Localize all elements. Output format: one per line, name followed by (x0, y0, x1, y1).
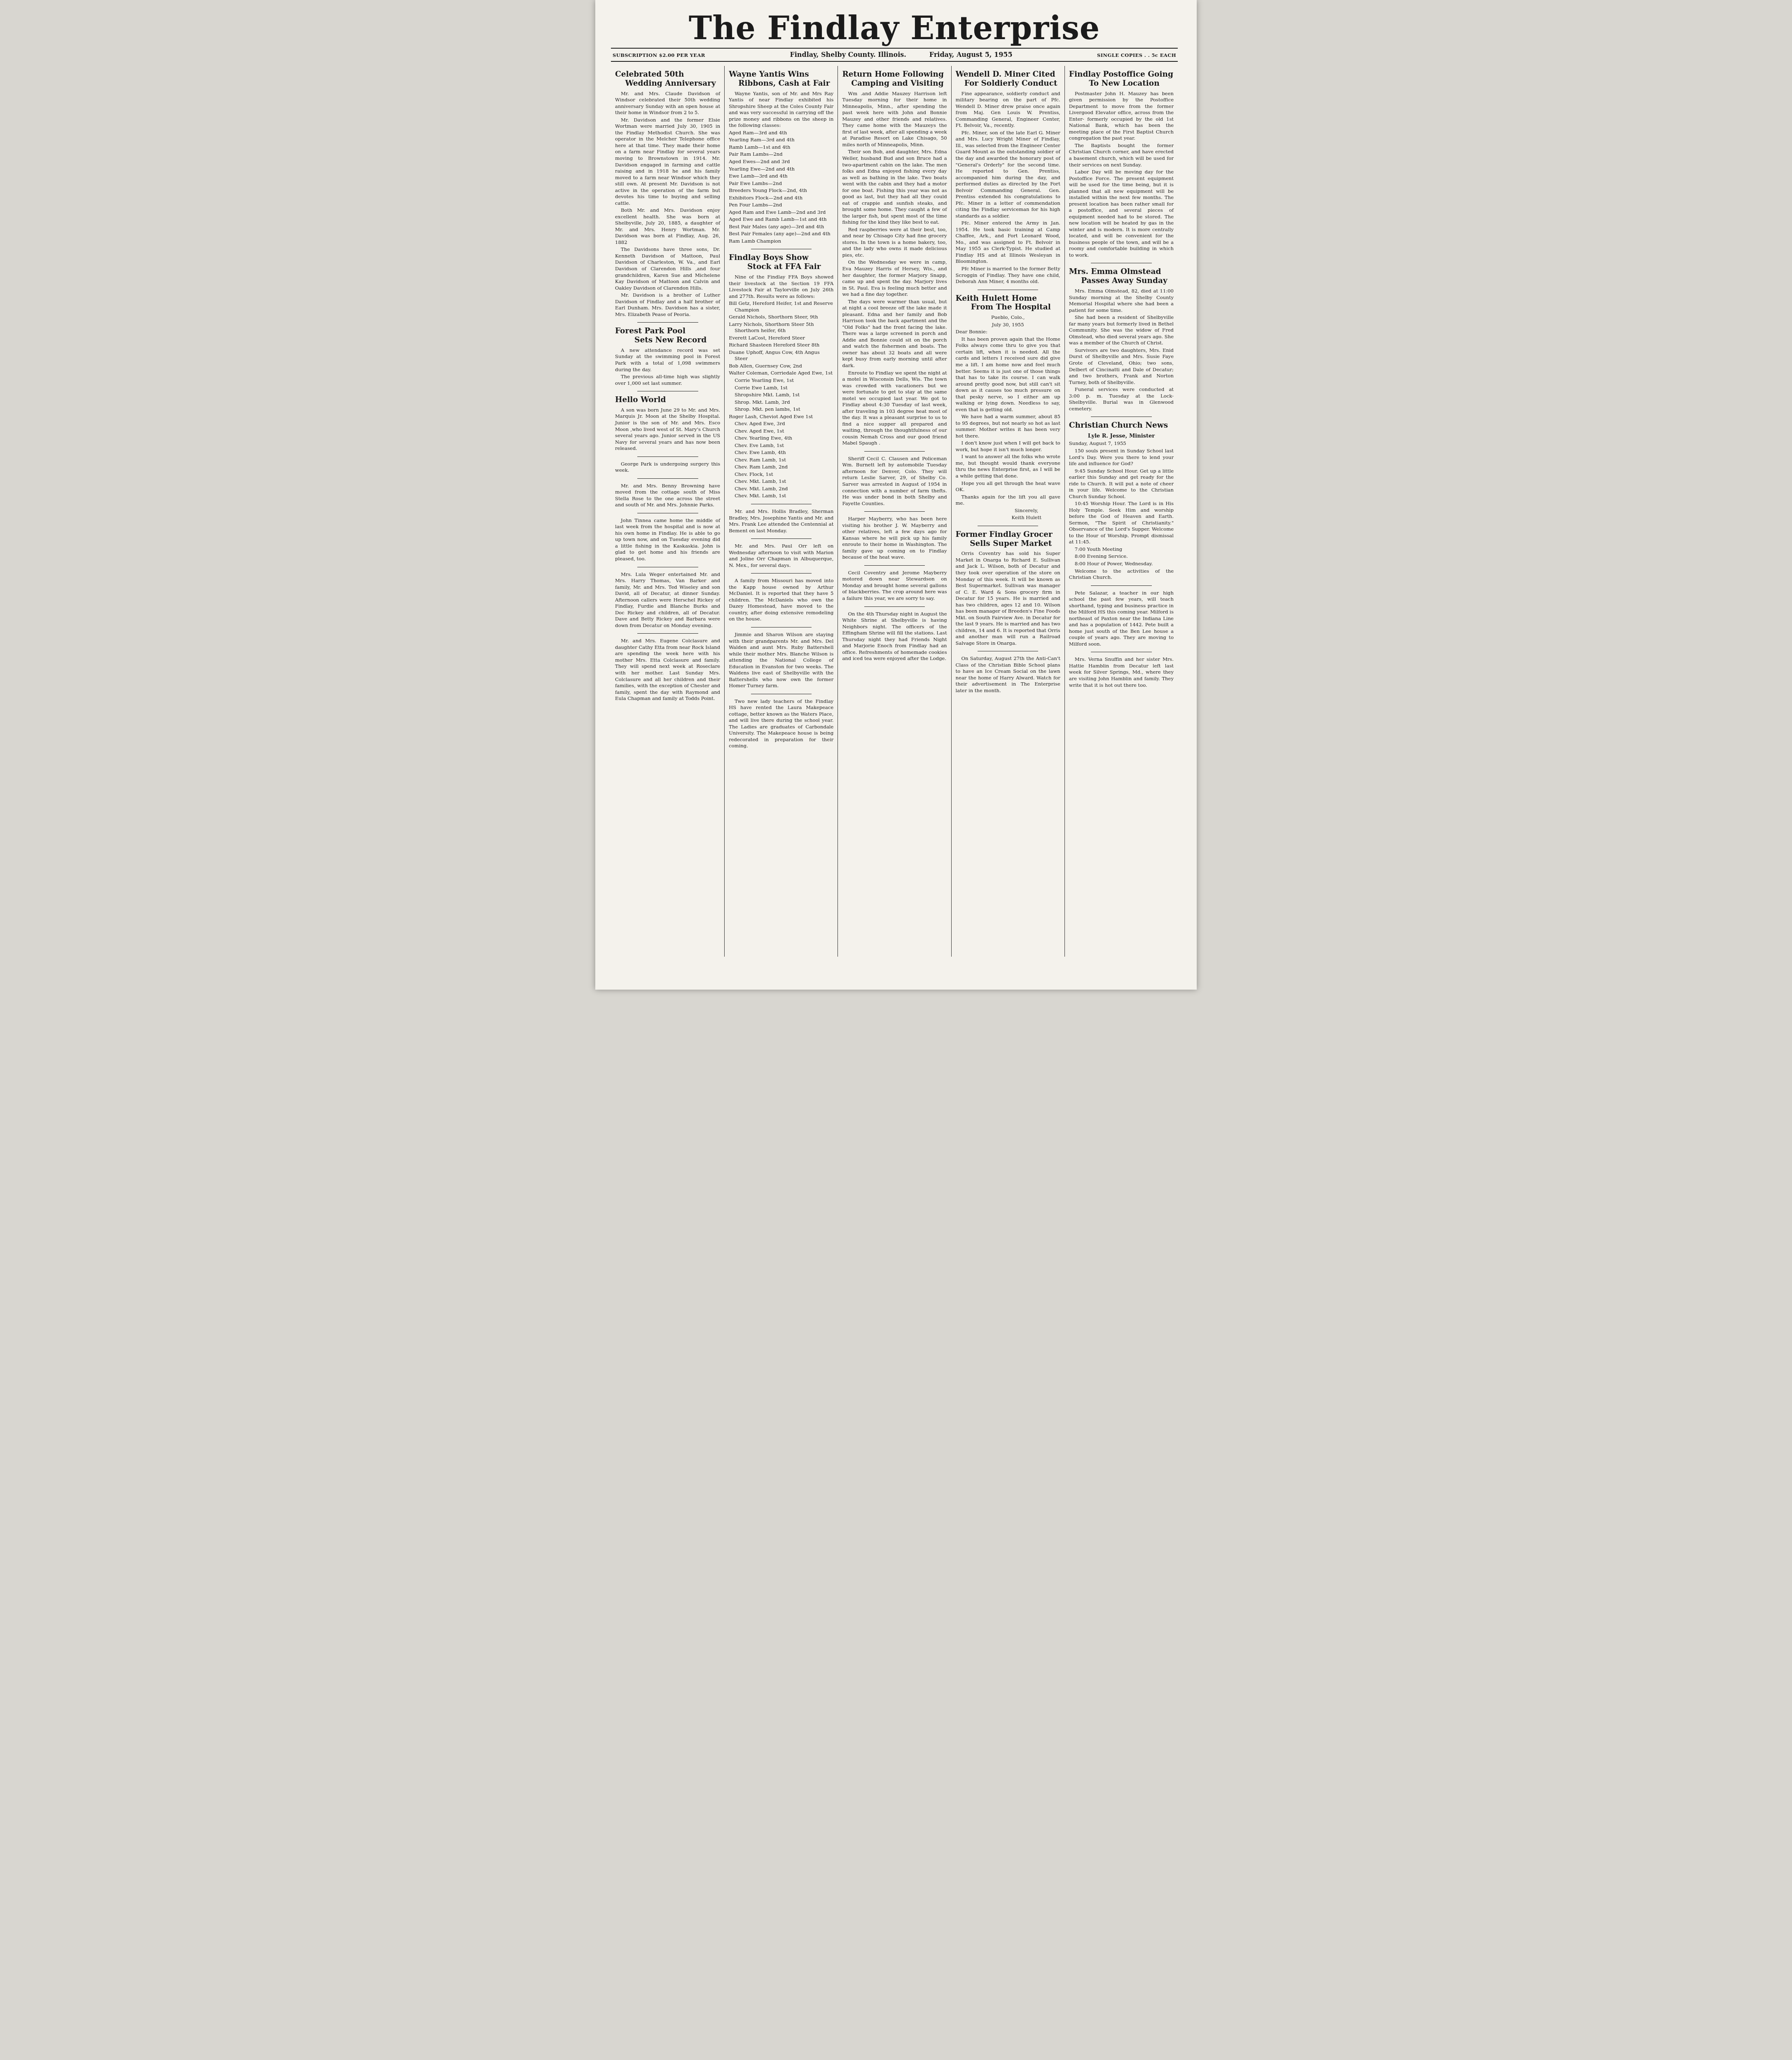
section-divider (751, 627, 812, 627)
news-paragraph: Mr. Davidson is a brother of Luther Davi… (615, 292, 720, 318)
result-subline: Chev. Mkt. Lamb, 1st (735, 493, 833, 499)
result-line: Larry Nichols, Shorthorn Steer 5th Short… (729, 321, 833, 334)
result-subline: Shropshire Mkt. Lamb, 1st (735, 392, 833, 398)
news-paragraph: Enroute to Findlay we spent the night at… (842, 370, 947, 447)
news-paragraph: Mr. and Mrs. Eugene Colclasure and daugh… (615, 638, 720, 702)
column-3: Return Home FollowingCamping and Visitin… (838, 66, 951, 957)
article-headline: Former Findlay GrocerSells Super Market (956, 530, 1060, 548)
result-line: Everett LaCost, Hereford Steer (729, 335, 833, 342)
news-paragraph: Red raspberries were at their best, too,… (842, 227, 947, 259)
news-paragraph: Pfc Miner is married to the former Betty… (956, 266, 1060, 285)
news-paragraph: 150 souls present in Sunday School last … (1069, 448, 1174, 467)
result-line: Aged Ewes—2nd and 3rd (729, 159, 833, 165)
headline-line-1: Keith Hulett Home (956, 294, 1060, 303)
section-divider (751, 538, 812, 539)
news-paragraph: Nine of the Findlay FFA Boys showed thei… (729, 274, 833, 300)
headline-line-2: Camping and Visiting (842, 79, 947, 88)
news-paragraph: On Saturday, August 27th the Anti-Can't … (956, 655, 1060, 694)
result-line: Gerald Nichols, Shorthorn Steer, 9th (729, 314, 833, 321)
news-paragraph: I want to answer all the folks who wrote… (956, 454, 1060, 479)
headline-line-1: Hello World (615, 396, 720, 405)
section-divider (978, 290, 1038, 290)
news-paragraph: 10:45 Worship Hour. The Lord is in His H… (1069, 501, 1174, 545)
letter-line: July 30, 1955 (956, 322, 1060, 328)
news-paragraph: Mr. and Mrs. Hollis Bradley, Sherman Bra… (729, 508, 833, 534)
headline-line-2: For Soldierly Conduct (956, 79, 1060, 88)
letter-line: Pueblo, Colo., (956, 314, 1060, 321)
news-paragraph: I don't know just when I will get back t… (956, 440, 1060, 453)
news-paragraph: 8:00 Evening Service. (1069, 553, 1174, 560)
result-subline: Chev. Mkt. Lamb, 2nd (735, 486, 833, 492)
headline-line-1: Forest Park Pool (615, 327, 720, 336)
news-paragraph: Mrs. Emma Olmstead, 82, died at 11:00 Su… (1069, 288, 1174, 314)
masthead-center: Findlay, Shelby County. Illinois. Friday… (790, 51, 1012, 59)
headline-line-1: Findlay Boys Show (729, 253, 833, 262)
section-divider (1091, 585, 1151, 586)
result-line: Ewe Lamb—3rd and 4th (729, 173, 833, 180)
result-subline: Chev. Ram Lamb, 2nd (735, 464, 833, 471)
result-line: Walter Coleman, Corriedale Aged Ewe, 1st (729, 370, 833, 377)
masthead-location: Findlay, Shelby County. Illinois. (790, 51, 906, 59)
newspaper-page: The Findlay Enterprise SUBSCRIPTION $2.0… (595, 0, 1197, 990)
news-paragraph: Survivors are two daughters, Mrs. Enid D… (1069, 347, 1174, 386)
section-divider (637, 322, 698, 323)
result-subline: Corrie Ewe Lamb, 1st (735, 385, 833, 391)
section-divider (751, 504, 812, 504)
masthead-date: Friday, August 5, 1955 (929, 51, 1013, 59)
result-line: Pair Ram Lambs—2nd (729, 151, 833, 158)
masthead-infobar: SUBSCRIPTION $2.00 PER YEAR Findlay, She… (611, 49, 1178, 61)
news-paragraph: Cecil Coventry and Jerome Mayberry motor… (842, 570, 947, 602)
news-paragraph: Two new lady teachers of the Findlay HS … (729, 698, 833, 749)
news-paragraph: Wayne Yantis, son of Mr. and Mrs Ray Yan… (729, 91, 833, 129)
headline-line-2: Sells Super Market (956, 539, 1060, 548)
news-paragraph: It has been proven again that the Home F… (956, 336, 1060, 413)
news-paragraph: On the Wednesday we were in camp, Eva Ma… (842, 259, 947, 297)
news-paragraph: Mr. and Mrs. Benny Browning have moved f… (615, 483, 720, 508)
headline-line-2: Stock at FFA Fair (729, 262, 833, 272)
news-paragraph: Pete Salazar, a teacher in our high scho… (1069, 590, 1174, 648)
news-paragraph: The Baptists bought the former Christian… (1069, 143, 1174, 168)
result-line: Ramb Lamb—1st and 4th (729, 144, 833, 151)
section-divider (978, 526, 1038, 526)
result-line: Yearling Ram—3rd and 4th (729, 137, 833, 143)
result-subline: Shrop. Mkt. pen lambs, 1st (735, 406, 833, 413)
news-paragraph: George Park is undergoing surgery this w… (615, 461, 720, 474)
news-paragraph: Labor Day will be moving day for the Pos… (1069, 169, 1174, 258)
news-paragraph: Postmaster John H. Mauzey has been given… (1069, 91, 1174, 142)
section-divider (637, 391, 698, 391)
news-paragraph: Welcome to the activities of the Christi… (1069, 568, 1174, 581)
result-line: Breeders Young Flock—2nd, 4th (729, 187, 833, 194)
article-headline: Mrs. Emma OlmsteadPasses Away Sunday (1069, 267, 1174, 286)
result-line: Exhibitors Flock—2nd and 4th (729, 195, 833, 201)
section-divider (978, 651, 1038, 651)
headline-line-1: Findlay Postoffice Going (1069, 70, 1174, 79)
headline-line-2: Wedding Anniversary (615, 79, 720, 88)
news-paragraph: Orris Coventry has sold his Super Market… (956, 550, 1060, 646)
result-line: Bob Allen, Guernsey Cow, 2nd (729, 363, 833, 370)
result-line: Bill Getz, Hereford Heifer, 1st and Rese… (729, 300, 833, 313)
news-paragraph: We have had a warm summer, about 85 to 9… (956, 414, 1060, 439)
result-subline: Chev. Flock, 1st (735, 471, 833, 478)
letter-signature: Sincerely, (956, 508, 1060, 514)
result-line: Aged Ram and Ewe Lamb—2nd and 3rd (729, 209, 833, 216)
result-subline: Chev. Yearling Ewe, 4th (735, 435, 833, 442)
article-headline: Findlay Postoffice GoingTo New Location (1069, 70, 1174, 88)
news-paragraph: Mrs. Lula Weger entertained Mr. and Mrs.… (615, 571, 720, 629)
section-divider (864, 451, 925, 452)
column-1: Celebrated 50thWedding AnniversaryMr. an… (611, 66, 724, 957)
section-divider (637, 513, 698, 513)
section-divider (751, 694, 812, 694)
article-subhead: Lyle R. Jesse, Minister (1069, 433, 1174, 440)
news-paragraph: Harper Mayberry, who has been here visit… (842, 516, 947, 561)
result-line: Richard Shasteen Hereford Steer 8th (729, 342, 833, 349)
masthead: The Findlay Enterprise SUBSCRIPTION $2.0… (611, 12, 1178, 62)
section-divider (1091, 417, 1151, 417)
news-paragraph: A son was born June 29 to Mr. and Mrs. M… (615, 407, 720, 452)
subscription-note: SUBSCRIPTION $2.00 PER YEAR (613, 52, 705, 58)
news-paragraph: Mrs. Verna Snuffin and her sister Mrs. H… (1069, 656, 1174, 688)
result-subline: Chev. Eve Lamb, 1st (735, 442, 833, 449)
news-paragraph: She had been a resident of Shelbyville f… (1069, 314, 1174, 346)
news-paragraph: Mr. Davidson and the former Elsie Wortma… (615, 117, 720, 206)
column-5: Findlay Postoffice GoingTo New LocationP… (1064, 66, 1178, 957)
article-headline: Hello World (615, 396, 720, 405)
news-paragraph: Mr. and Mrs. Paul Orr left on Wednesday … (729, 543, 833, 569)
letter-signature: Keith Hulett (956, 515, 1060, 521)
masthead-rule-bottom (611, 61, 1178, 62)
news-paragraph: On the 4th Thursday night in August the … (842, 611, 947, 662)
section-divider (864, 511, 925, 512)
headline-line-2: From The Hospital (956, 303, 1060, 312)
section-divider (637, 456, 698, 457)
headline-line-2: Ribbons, Cash at Fair (729, 79, 833, 88)
headline-line-2: Sets New Record (615, 336, 720, 345)
article-headline: Findlay Boys ShowStock at FFA Fair (729, 253, 833, 272)
section-divider (637, 633, 698, 634)
result-line: Aged Ewe and Ramb Lamb—1st and 4th (729, 216, 833, 223)
result-line: Aged Ram—3rd and 4th (729, 130, 833, 136)
front-page-columns: Celebrated 50thWedding AnniversaryMr. an… (611, 66, 1178, 957)
news-paragraph: Sheriff Cecil C. Clausen and Policeman W… (842, 456, 947, 507)
news-paragraph: 9:45 Sunday School Hour. Get up a little… (1069, 468, 1174, 500)
section-divider (864, 565, 925, 566)
result-subline: Chev. Mkt. Lamb, 1st (735, 478, 833, 485)
dateline: Sunday, August 7, 1955 (1069, 440, 1174, 447)
article-headline: Wendell D. Miner CitedFor Soldierly Cond… (956, 70, 1060, 88)
news-paragraph: Hope you all get through the heat wave O… (956, 480, 1060, 493)
article-headline: Celebrated 50thWedding Anniversary (615, 70, 720, 88)
column-2: Wayne Yantis WinsRibbons, Cash at FairWa… (724, 66, 838, 957)
headline-line-1: Wayne Yantis Wins (729, 70, 833, 79)
section-divider (637, 567, 698, 567)
article-headline: Keith Hulett HomeFrom The Hospital (956, 294, 1060, 312)
result-line: Best Pair Males (any age)—3rd and 4th (729, 224, 833, 230)
news-paragraph: The Davidsons have three sons, Dr. Kenne… (615, 246, 720, 291)
result-subline: Chev. Ewe Lamb, 4th (735, 449, 833, 456)
news-paragraph: Their son Bob, and daughter, Mrs. Edna W… (842, 149, 947, 225)
article-headline: Forest Park PoolSets New Record (615, 327, 720, 345)
news-paragraph: Wm .and Addie Mauzey Harrison left Tuesd… (842, 91, 947, 148)
news-paragraph: Thanks again for the lift you all gave m… (956, 494, 1060, 507)
headline-line-1: Former Findlay Grocer (956, 530, 1060, 539)
headline-line-1: Return Home Following (842, 70, 947, 79)
news-paragraph: A family from Missouri has moved into th… (729, 578, 833, 623)
headline-line-1: Celebrated 50th (615, 70, 720, 79)
news-paragraph: The days were warmer than usual, but at … (842, 299, 947, 369)
news-paragraph: Both Mr. and Mrs. Davidson enjoy excelle… (615, 207, 720, 246)
news-paragraph: A new attendance record was set Sunday a… (615, 347, 720, 373)
news-paragraph: Pfc. Miner, son of the late Earl G. Mine… (956, 130, 1060, 219)
news-paragraph: The previous all-time high was slightly … (615, 374, 720, 386)
headline-line-1: Wendell D. Miner Cited (956, 70, 1060, 79)
section-divider (1091, 652, 1151, 652)
article-headline: Christian Church News (1069, 421, 1174, 430)
result-line: Best Pair Females (any age)—2nd and 4th (729, 231, 833, 237)
headline-line-2: To New Location (1069, 79, 1174, 88)
result-subline: Chev. Aged Ewe, 3rd (735, 421, 833, 427)
news-paragraph: Pfc. Miner entered the Army in Jan. 1954… (956, 220, 1060, 265)
news-paragraph: Jimmie and Sharon Wilson are staying wit… (729, 632, 833, 689)
single-copies-note: SINGLE COPIES . . 5c EACH (1097, 52, 1176, 58)
result-line: Yearling Ewe—2nd and 4th (729, 166, 833, 173)
news-paragraph: Funeral services were conducted at 3:00 … (1069, 386, 1174, 412)
news-paragraph: Fine appearance, soldierly conduct and m… (956, 91, 1060, 129)
result-line: Duane Uphoff, Angus Cow, 4th Angus Steer (729, 349, 833, 362)
result-line: Roger Lash, Cheviot Aged Ewe 1st (729, 414, 833, 420)
result-subline: Corrie Yearling Ewe, 1st (735, 377, 833, 384)
section-divider (864, 606, 925, 607)
column-4: Wendell D. Miner CitedFor Soldierly Cond… (951, 66, 1064, 957)
section-divider (751, 249, 812, 249)
section-divider (1091, 263, 1151, 263)
result-subline: Shrop. Mkt. Lamb, 3rd (735, 399, 833, 406)
news-paragraph: Mr. and Mrs. Claude Davidson of Windsor … (615, 91, 720, 116)
newspaper-title: The Findlay Enterprise (611, 12, 1178, 44)
news-paragraph: John Tinnea came home the middle of last… (615, 517, 720, 562)
section-divider (751, 573, 812, 574)
article-headline: Wayne Yantis WinsRibbons, Cash at Fair (729, 70, 833, 88)
section-divider (637, 478, 698, 479)
dateline: Dear Bonnie: (956, 329, 1060, 335)
result-line: Pen Four Lambs—2nd (729, 202, 833, 208)
headline-line-1: Mrs. Emma Olmstead (1069, 267, 1174, 276)
news-paragraph: 7:00 Youth Meeting (1069, 546, 1174, 553)
headline-line-1: Christian Church News (1069, 421, 1174, 430)
result-subline: Chev. Aged Ewe, 1st (735, 428, 833, 435)
news-paragraph: 8:00 Hour of Power, Wednesday. (1069, 561, 1174, 567)
headline-line-2: Passes Away Sunday (1069, 276, 1174, 286)
result-line: Pair Ewe Lambs—2nd (729, 180, 833, 187)
article-headline: Return Home FollowingCamping and Visitin… (842, 70, 947, 88)
result-subline: Chev. Ram Lamb, 1st (735, 457, 833, 463)
result-line: Ram Lamb Champion (729, 238, 833, 245)
